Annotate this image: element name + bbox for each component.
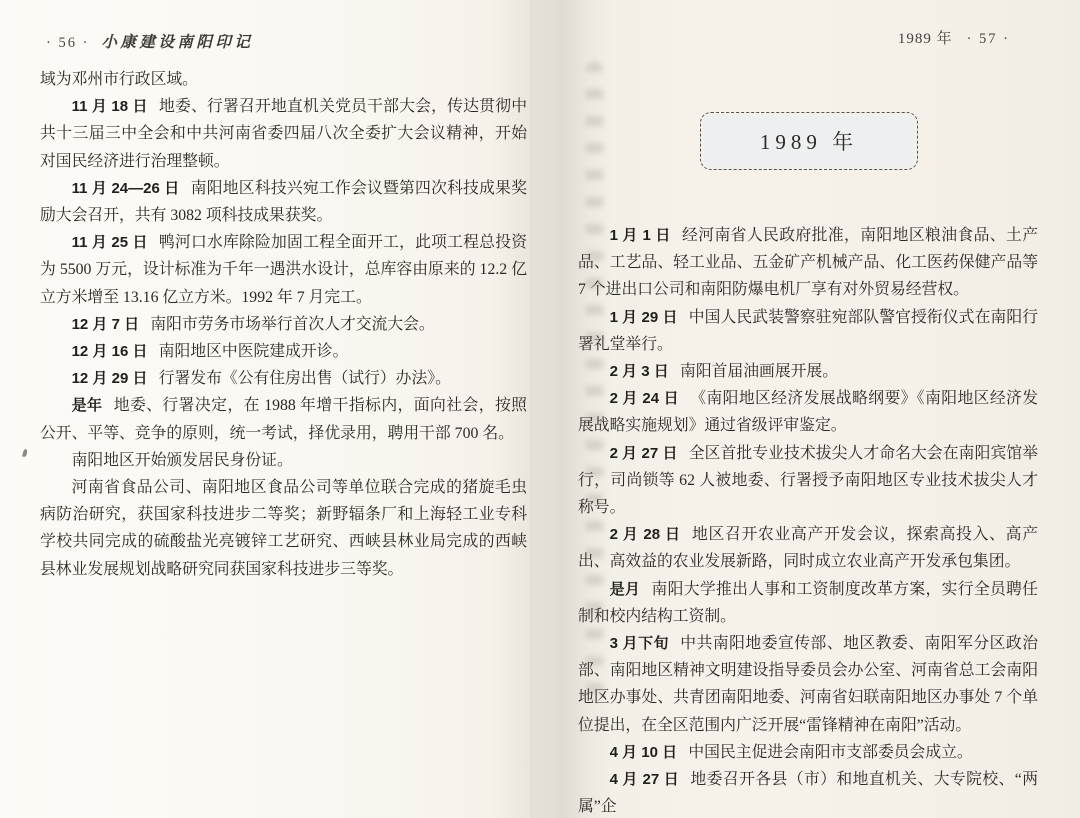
entry-text: 南阳首届油画展开展。 <box>680 363 838 380</box>
entry-date: 是年 <box>72 397 103 414</box>
entry-date: 11 月 25 日 <box>72 234 148 251</box>
entry-date: 4 月 27 日 <box>610 771 680 788</box>
entry-date: 12 月 7 日 <box>72 316 140 333</box>
year-chapter-label: 1989 年 <box>760 126 858 156</box>
entry-text: 南阳地区中医院建成开诊。 <box>159 343 349 360</box>
chronicle-entry: 12 月 29 日行署发布《公有住房出售（试行）办法》。 <box>40 365 527 392</box>
chronicle-entry: 是月南阳大学推出人事和工资制度改革方案，实行全员聘任制和校内结构工资制。 <box>578 576 1038 630</box>
entry-date: 12 月 16 日 <box>72 343 148 360</box>
page-left: · 56 ·小康建设南阳印记 域为邓州市行政区域。11 月 18 日地委、行署召… <box>0 0 530 818</box>
right-running-head: 1989 年· 57 · <box>898 27 1010 48</box>
entry-text: 域为邓州市行政区域。 <box>40 71 198 88</box>
year-chapter-box: 1989 年 <box>700 112 918 170</box>
page-number-left: · 56 · <box>46 35 89 51</box>
page-right: 1989 年· 57 · 1989 年 1 月 1 日经河南省人民政府批准，南阳… <box>530 0 1080 818</box>
book-spread: · 56 ·小康建设南阳印记 域为邓州市行政区域。11 月 18 日地委、行署召… <box>0 0 1080 818</box>
entry-date: 2 月 27 日 <box>610 445 678 462</box>
entry-text: 河南省食品公司、南阳地区食品公司等单位联合完成的猪旋毛虫病防治研究，获国家科技进… <box>40 479 527 578</box>
chronicle-entry: 河南省食品公司、南阳地区食品公司等单位联合完成的猪旋毛虫病防治研究，获国家科技进… <box>40 474 527 583</box>
chronicle-entry: 1 月 29 日中国人民武装警察驻宛部队警官授衔仪式在南阳行署礼堂举行。 <box>578 304 1038 358</box>
chronicle-entry: 2 月 3 日南阳首届油画展开展。 <box>578 358 1038 385</box>
entry-text: 行署发布《公有住房出售（试行）办法》。 <box>159 370 451 387</box>
entry-date: 4 月 10 日 <box>610 744 678 761</box>
chronicle-entry: 11 月 24—26 日南阳地区科技兴宛工作会议暨第四次科技成果奖励大会召开，共… <box>40 175 527 229</box>
left-running-head: · 56 ·小康建设南阳印记 <box>46 30 253 52</box>
entry-date: 2 月 28 日 <box>610 526 681 543</box>
chronicle-entry: 11 月 25 日鸭河口水库除险加固工程全面开工，此项工程总投资为 5500 万… <box>40 229 527 311</box>
entry-date: 3 月下旬 <box>610 635 669 652</box>
entry-date: 12 月 29 日 <box>72 370 148 387</box>
left-text-column: 域为邓州市行政区域。11 月 18 日地委、行署召开地直机关党员干部大会，传达贯… <box>40 66 527 583</box>
entry-text: 南阳大学推出人事和工资制度改革方案，实行全员聘任制和校内结构工资制。 <box>578 581 1038 625</box>
book-title: 小康建设南阳印记 <box>101 34 253 51</box>
entry-text: 南阳地区开始颁发居民身份证。 <box>72 452 293 469</box>
entry-text: 地委、行署决定，在 1988 年增干指标内，面向社会，按照公开、平等、竞争的原则… <box>40 397 527 441</box>
chronicle-entry: 2 月 28 日地区召开农业高产开发会议，探索高投入、高产出、高效益的农业发展新… <box>578 521 1038 575</box>
ink-speck <box>22 449 28 458</box>
entry-date: 11 月 18 日 <box>72 98 148 115</box>
entry-date: 11 月 24—26 日 <box>72 180 180 197</box>
entry-text: 中国民主促进会南阳市支部委员会成立。 <box>688 744 972 761</box>
entry-date: 1 月 29 日 <box>610 309 678 326</box>
chronicle-entry: 2 月 24 日《南阳地区经济发展战略纲要》《南阳地区经济发展战略实施规划》通过… <box>578 385 1038 439</box>
entry-date: 是月 <box>610 581 641 598</box>
entry-date: 2 月 3 日 <box>610 363 669 380</box>
page-number-right: · 57 · <box>967 31 1010 47</box>
chronicle-entry: 4 月 27 日地委召开各县（市）和地直机关、大专院校、“两属”企 <box>578 766 1038 818</box>
chronicle-entry: 是年地委、行署决定，在 1988 年增干指标内，面向社会，按照公开、平等、竞争的… <box>40 392 527 446</box>
right-text-column: 1 月 1 日经河南省人民政府批准，南阳地区粮油食品、土产品、工艺品、轻工业品、… <box>578 222 1038 818</box>
chronicle-entry: 12 月 7 日南阳市劳务市场举行首次人才交流大会。 <box>40 311 527 338</box>
chronicle-entry: 4 月 10 日中国民主促进会南阳市支部委员会成立。 <box>578 739 1038 766</box>
chronicle-entry: 12 月 16 日南阳地区中医院建成开诊。 <box>40 338 527 365</box>
chronicle-entry: 域为邓州市行政区域。 <box>40 66 527 93</box>
entry-text: 南阳市劳务市场举行首次人才交流大会。 <box>150 316 434 333</box>
chronicle-entry: 南阳地区开始颁发居民身份证。 <box>40 447 527 474</box>
entry-date: 2 月 24 日 <box>610 390 679 407</box>
chronicle-entry: 2 月 27 日全区首批专业技术拔尖人才命名大会在南阳宾馆举行，司尚锁等 62 … <box>578 440 1038 522</box>
entry-date: 1 月 1 日 <box>610 227 671 244</box>
header-year: 1989 年 <box>898 31 953 47</box>
chronicle-entry: 3 月下旬中共南阳地委宣传部、地区教委、南阳军分区政治部、南阳地区精神文明建设指… <box>578 630 1038 739</box>
chronicle-entry: 1 月 1 日经河南省人民政府批准，南阳地区粮油食品、土产品、工艺品、轻工业品、… <box>578 222 1038 304</box>
chronicle-entry: 11 月 18 日地委、行署召开地直机关党员干部大会，传达贯彻中共十三届三中全会… <box>40 93 527 175</box>
